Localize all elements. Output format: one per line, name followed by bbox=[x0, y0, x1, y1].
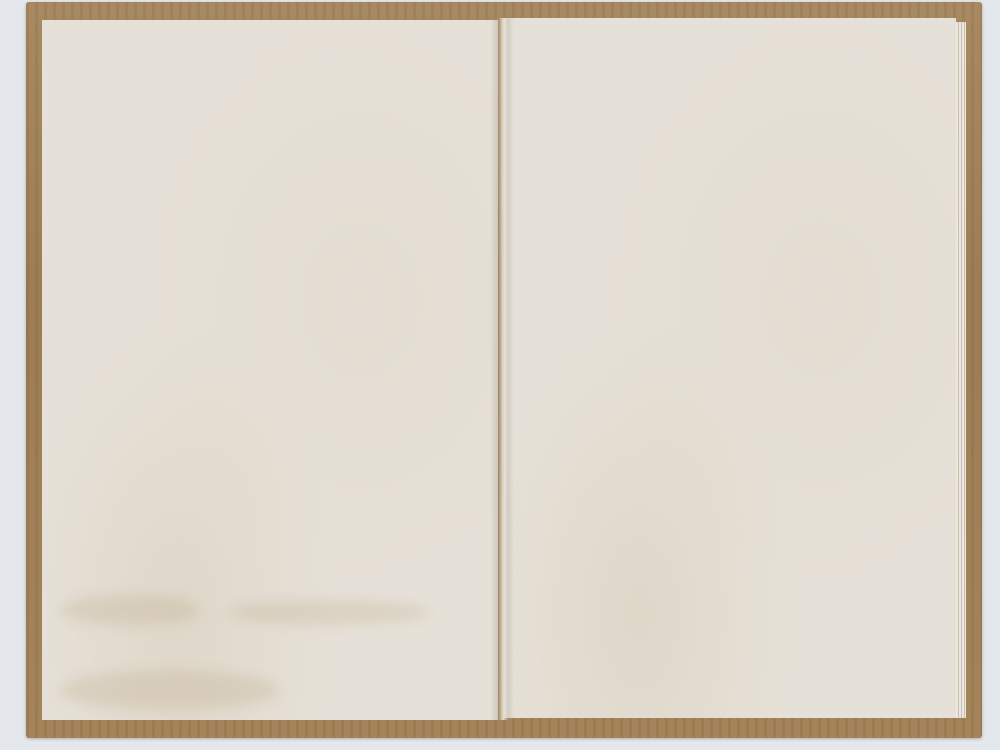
foxing-stain bbox=[60, 670, 280, 710]
page-edges bbox=[956, 22, 966, 718]
foxing-stain bbox=[60, 595, 200, 625]
book-spine-gutter bbox=[490, 18, 514, 720]
right-page bbox=[504, 18, 956, 718]
foxing-stain bbox=[230, 600, 430, 625]
